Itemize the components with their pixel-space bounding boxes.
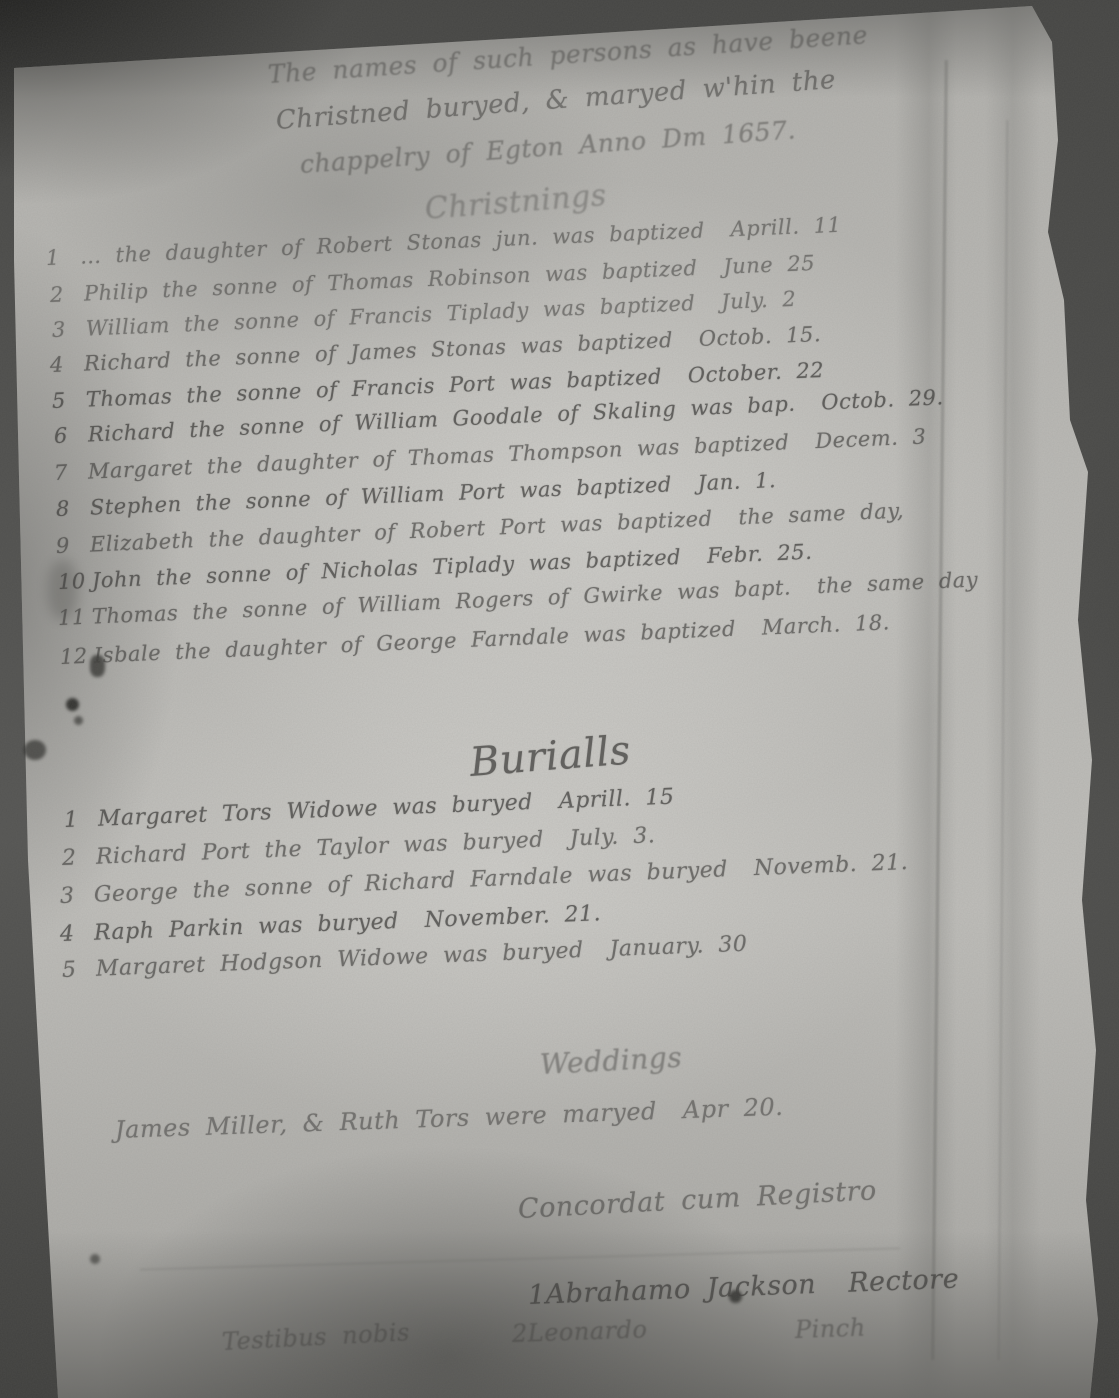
signature-number: 2 (512, 1319, 529, 1348)
entry-date: July. 3. (569, 823, 655, 851)
ink-stain (66, 698, 79, 711)
ink-stain (90, 1254, 100, 1264)
entry-date: July. 2 (721, 287, 797, 314)
signature-witness: 2Leonardo (512, 1315, 648, 1348)
entry-date: January. 30 (609, 932, 748, 962)
entry-number: 8 (56, 496, 91, 521)
entry-number: 3 (51, 317, 86, 342)
entry-number: 4 (50, 352, 85, 377)
ink-stain (74, 716, 83, 725)
entry-number: 1 (64, 807, 99, 833)
entry-number: 5 (62, 957, 97, 983)
entry-number: 11 (57, 605, 92, 630)
entry-date: June 25 (723, 251, 816, 279)
signature-name: Leonardo (527, 1315, 648, 1347)
ink-stain (24, 740, 46, 760)
entry-number: 7 (53, 460, 88, 485)
entry-date: Apr 20. (682, 1093, 783, 1124)
entry-date: Jan. 1. (697, 468, 776, 495)
entry-number: 4 (60, 921, 95, 947)
entry-date: Aprill. 11 (730, 213, 842, 242)
entry-number: 2 (62, 845, 97, 871)
signature-number: 1 (527, 1279, 546, 1311)
entry-date: Decem. 3 (815, 424, 927, 453)
entry-number: 1 (45, 245, 80, 270)
entry-number: 2 (49, 282, 84, 307)
register-photo: The names of such persons as have beene … (0, 0, 1119, 1398)
signature-title: Rectore (848, 1263, 960, 1298)
entry-number: 9 (55, 533, 90, 558)
entry-number: 10 (58, 569, 93, 594)
entry-number: 6 (53, 423, 88, 448)
entry-date: Febr. 25. (707, 540, 813, 568)
signature-witness-surname: Pinch (795, 1314, 867, 1344)
entry-date: Octob. 15. (698, 322, 821, 351)
entry-date: Aprill. 15 (558, 785, 674, 814)
entry-number: 3 (59, 883, 94, 909)
entry-number: 5 (52, 388, 87, 413)
entry-number: 12 (59, 644, 94, 669)
